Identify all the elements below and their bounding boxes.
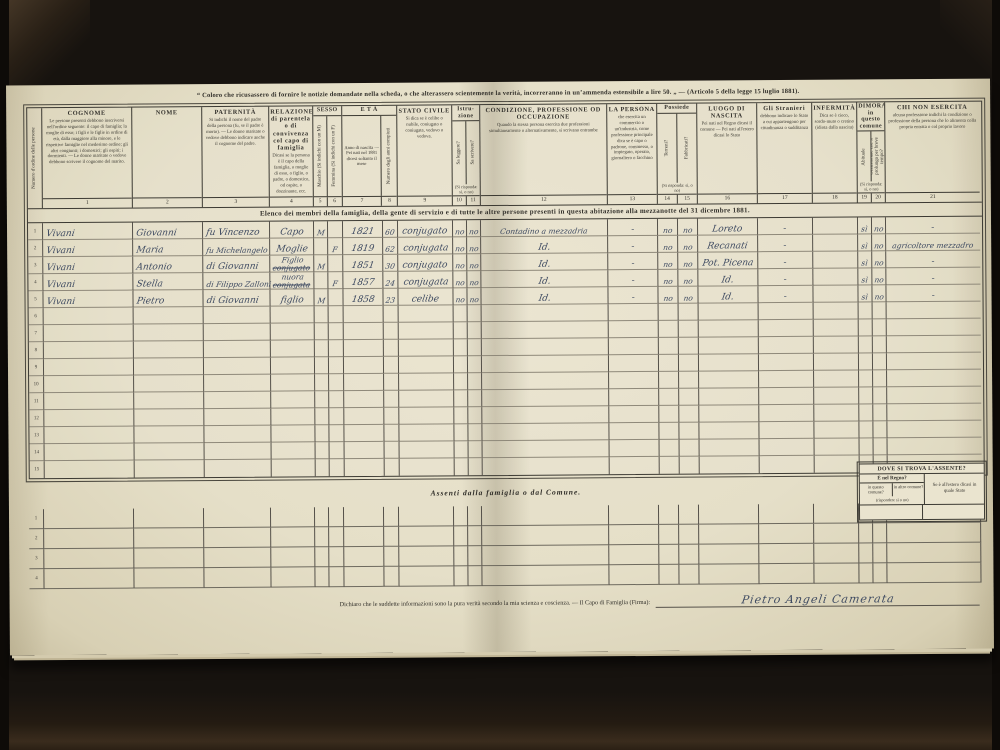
cell bbox=[271, 408, 315, 425]
column-header: PossiedeTerreni?Fabbricati?(Si risponda:… bbox=[657, 104, 698, 204]
cell bbox=[468, 526, 482, 546]
row-number: 6 bbox=[29, 308, 44, 325]
cell bbox=[699, 320, 759, 337]
cell bbox=[329, 547, 344, 567]
cell bbox=[134, 528, 204, 548]
cell bbox=[271, 567, 315, 587]
cell bbox=[609, 389, 659, 406]
column-header: DIMORA in questo comuneAbitualeOccasiona… bbox=[857, 102, 886, 202]
cell bbox=[759, 320, 814, 337]
column-header: Numero d'ordine delle persone bbox=[27, 108, 43, 208]
signature: Pietro Angeli Camerata bbox=[740, 593, 895, 606]
cell bbox=[468, 407, 482, 424]
cell: Stella bbox=[133, 273, 203, 290]
cell bbox=[482, 525, 609, 546]
cell bbox=[315, 391, 329, 408]
cell bbox=[759, 371, 814, 388]
cell: conjugata bbox=[398, 271, 453, 288]
cell bbox=[759, 564, 814, 584]
cell bbox=[679, 505, 699, 525]
cell bbox=[454, 526, 468, 546]
cell bbox=[873, 319, 887, 336]
cell bbox=[482, 389, 609, 407]
cell: no bbox=[872, 217, 886, 234]
cell: di Filippo Zalloni bbox=[203, 273, 270, 290]
cell bbox=[454, 339, 468, 356]
cell bbox=[659, 321, 679, 338]
cell bbox=[659, 525, 679, 545]
cell: no bbox=[678, 270, 698, 287]
column-header: COGNOMELe persone presenti debbono inscr… bbox=[42, 108, 133, 209]
cell bbox=[859, 404, 873, 421]
cell bbox=[859, 543, 873, 563]
cell: 1821 bbox=[343, 221, 383, 238]
cell bbox=[399, 424, 454, 441]
cell: no bbox=[678, 236, 698, 253]
cell: no bbox=[658, 236, 678, 253]
cell: no bbox=[453, 237, 467, 254]
cell bbox=[815, 455, 860, 472]
cell bbox=[344, 567, 384, 587]
cell bbox=[328, 221, 343, 238]
cell bbox=[873, 387, 887, 404]
cell bbox=[482, 565, 609, 586]
cell: - bbox=[608, 253, 658, 270]
cell: sì bbox=[858, 268, 872, 285]
cell bbox=[344, 408, 384, 425]
cell: Contadino a mezzadria bbox=[481, 219, 608, 237]
column-header: E T ÀAnno di nascita — Pei nati nel 1881… bbox=[342, 106, 398, 206]
cell: 1858 bbox=[343, 289, 383, 306]
cell bbox=[399, 407, 454, 424]
cell bbox=[399, 390, 454, 407]
cell bbox=[205, 460, 272, 477]
cell bbox=[344, 547, 384, 567]
row-number: 3 bbox=[28, 257, 43, 274]
cell bbox=[400, 441, 455, 458]
cell bbox=[699, 524, 759, 544]
row-number: 5 bbox=[28, 291, 43, 308]
cell bbox=[760, 439, 815, 456]
cell: Loreto bbox=[698, 218, 758, 235]
cell bbox=[315, 408, 329, 425]
cell bbox=[609, 338, 659, 355]
absent-box-other-commune: in altro comune? bbox=[893, 483, 925, 496]
cell bbox=[399, 305, 454, 322]
cell: no bbox=[453, 254, 467, 271]
cell bbox=[45, 444, 135, 462]
cell bbox=[609, 525, 659, 545]
cell bbox=[699, 544, 759, 564]
row-number: 15 bbox=[30, 461, 45, 478]
cell bbox=[700, 439, 760, 456]
cell bbox=[399, 506, 454, 526]
cell bbox=[454, 390, 468, 407]
cell: no bbox=[658, 270, 678, 287]
cell bbox=[399, 373, 454, 390]
row-number: 1 bbox=[28, 223, 43, 240]
cell bbox=[609, 304, 659, 321]
cell bbox=[659, 565, 679, 585]
cell bbox=[759, 524, 814, 544]
cell bbox=[135, 460, 205, 477]
cell bbox=[271, 306, 315, 323]
cell bbox=[399, 566, 454, 586]
cell: Pot. Picena bbox=[698, 252, 758, 269]
row-number: 14 bbox=[30, 444, 45, 461]
cell: Moglie bbox=[270, 238, 314, 255]
cell bbox=[814, 319, 859, 336]
cell bbox=[468, 322, 482, 339]
cell: - bbox=[886, 251, 980, 269]
cell bbox=[384, 547, 399, 567]
cell bbox=[609, 355, 659, 372]
cell: - bbox=[608, 270, 658, 287]
cell bbox=[609, 372, 659, 389]
cell bbox=[814, 563, 859, 583]
cell bbox=[610, 457, 660, 474]
absent-box-regno: È nel Regno? bbox=[860, 474, 925, 483]
cell bbox=[609, 545, 659, 565]
cell bbox=[345, 442, 385, 459]
cell bbox=[659, 338, 679, 355]
cell bbox=[329, 340, 344, 357]
column-header: STATO CIVILESi dica se è celibe o nubile… bbox=[397, 105, 453, 205]
cell bbox=[44, 529, 134, 550]
absent-table: 1234 bbox=[29, 503, 984, 590]
cell bbox=[384, 408, 399, 425]
cell bbox=[204, 409, 271, 426]
cell bbox=[760, 456, 815, 473]
cell bbox=[860, 438, 874, 455]
cell bbox=[482, 423, 609, 441]
cell bbox=[679, 565, 699, 585]
cell bbox=[344, 357, 384, 374]
cell bbox=[887, 404, 981, 422]
cell: M bbox=[314, 221, 328, 238]
cell bbox=[315, 507, 329, 527]
column-header: CONDIZIONE, PROFESSIONE OD OCCUPAZIONEQu… bbox=[480, 104, 608, 205]
cell bbox=[887, 387, 981, 405]
cell bbox=[454, 424, 468, 441]
row-number: 11 bbox=[29, 393, 44, 410]
cell bbox=[314, 272, 328, 289]
frame-corner bbox=[940, 0, 1000, 86]
cell bbox=[328, 255, 343, 272]
cell bbox=[609, 423, 659, 440]
cell bbox=[482, 545, 609, 566]
census-sheet: “ Coloro che ricusassero di fornire le n… bbox=[6, 79, 994, 656]
cell: Antonio bbox=[133, 256, 203, 273]
cell bbox=[873, 302, 887, 319]
cell bbox=[679, 423, 699, 440]
column-header: NOME2 bbox=[132, 107, 203, 207]
cell bbox=[873, 404, 887, 421]
cell bbox=[873, 370, 887, 387]
cell bbox=[814, 421, 859, 438]
cell: - bbox=[608, 287, 658, 304]
cell bbox=[468, 390, 482, 407]
cell bbox=[344, 425, 384, 442]
cell: Recanati bbox=[698, 235, 758, 252]
cell bbox=[759, 422, 814, 439]
cell bbox=[699, 388, 759, 405]
cell bbox=[759, 303, 814, 320]
cell bbox=[814, 523, 859, 543]
cell: no bbox=[872, 234, 886, 251]
cell bbox=[134, 324, 204, 341]
column-header: SESSOMaschio (Si indichi con un M)Femmin… bbox=[313, 106, 343, 206]
cell bbox=[814, 353, 859, 370]
cell bbox=[699, 422, 759, 439]
cell bbox=[399, 356, 454, 373]
cell: M bbox=[314, 255, 328, 272]
cell bbox=[482, 406, 609, 424]
cell bbox=[204, 341, 271, 358]
cell: Giovanni bbox=[133, 222, 203, 239]
cell: no bbox=[658, 287, 678, 304]
cell bbox=[659, 545, 679, 565]
cell bbox=[271, 357, 315, 374]
cell: no bbox=[678, 253, 698, 270]
cell: Vivani bbox=[43, 274, 133, 292]
cell bbox=[482, 338, 609, 356]
cell: Vivani bbox=[43, 240, 133, 258]
cell bbox=[399, 526, 454, 546]
cell bbox=[399, 546, 454, 566]
cell bbox=[315, 340, 329, 357]
cell: sì bbox=[858, 217, 872, 234]
cell bbox=[469, 458, 483, 475]
cell: F bbox=[328, 272, 343, 289]
absent-box-answer-row bbox=[860, 503, 984, 519]
cell bbox=[315, 425, 329, 442]
cell: - bbox=[886, 217, 980, 235]
absent-box-this-commune: in questo comune? bbox=[860, 483, 893, 496]
cell bbox=[699, 504, 759, 524]
cell: - bbox=[608, 219, 658, 236]
cell bbox=[454, 566, 468, 586]
cell bbox=[887, 370, 981, 388]
cell bbox=[813, 285, 858, 302]
row-number: 13 bbox=[29, 427, 44, 444]
cell bbox=[44, 410, 134, 428]
absent-section-title: Assenti dalla famiglia o dal Comune. bbox=[29, 485, 983, 501]
cell bbox=[44, 549, 134, 570]
cell bbox=[887, 543, 981, 564]
cell bbox=[814, 503, 859, 523]
cell bbox=[887, 563, 981, 584]
cell bbox=[759, 337, 814, 354]
cell bbox=[400, 458, 455, 475]
cell bbox=[813, 251, 858, 268]
row-number: 7 bbox=[29, 325, 44, 342]
cell bbox=[660, 457, 680, 474]
cell bbox=[204, 568, 271, 588]
column-header: Istru- zioneSa leggere?Sa scrivere?(Si r… bbox=[452, 105, 481, 205]
census-table: Numero d'ordine delle personeCOGNOMELe p… bbox=[26, 101, 985, 480]
cell bbox=[609, 321, 659, 338]
declaration-line: Dichiaro che le suddette informazioni so… bbox=[340, 593, 980, 610]
table-surface bbox=[0, 692, 1000, 750]
cell: Vivani bbox=[43, 257, 133, 275]
cell bbox=[659, 406, 679, 423]
cell bbox=[679, 304, 699, 321]
cell bbox=[329, 357, 344, 374]
cell: - bbox=[758, 235, 813, 252]
cell bbox=[272, 442, 316, 459]
cell bbox=[44, 376, 134, 394]
cell: no bbox=[872, 268, 886, 285]
cell bbox=[679, 389, 699, 406]
cell bbox=[384, 306, 399, 323]
cell bbox=[482, 304, 609, 322]
cell bbox=[329, 527, 344, 547]
cell bbox=[680, 457, 700, 474]
cell bbox=[859, 302, 873, 319]
cell: 30 bbox=[383, 255, 398, 272]
row-number: 1 bbox=[29, 509, 44, 529]
cell bbox=[468, 339, 482, 356]
cell: 60 bbox=[383, 221, 398, 238]
cell: Figlioconjugato bbox=[270, 255, 314, 272]
cell bbox=[859, 336, 873, 353]
cell: conjugato bbox=[398, 254, 453, 271]
cell bbox=[659, 423, 679, 440]
cell bbox=[384, 527, 399, 547]
cell bbox=[204, 508, 271, 528]
cell bbox=[271, 340, 315, 357]
table-body: 1VivaniGiovannifu VincenzoCapoM182160con… bbox=[28, 217, 984, 479]
cell bbox=[134, 548, 204, 568]
cell bbox=[344, 306, 384, 323]
cell bbox=[344, 340, 384, 357]
cell bbox=[659, 505, 679, 525]
cell bbox=[315, 357, 329, 374]
cell: Vivani bbox=[43, 291, 133, 309]
cell bbox=[887, 421, 981, 439]
cell bbox=[814, 543, 859, 563]
cell: no bbox=[872, 251, 886, 268]
cell bbox=[134, 392, 204, 409]
cell bbox=[315, 547, 329, 567]
cell bbox=[44, 308, 134, 326]
cell bbox=[329, 323, 344, 340]
cell bbox=[699, 337, 759, 354]
cell: di Giovanni bbox=[203, 256, 270, 273]
cell bbox=[699, 303, 759, 320]
cell: no bbox=[658, 219, 678, 236]
cell bbox=[384, 425, 399, 442]
cell bbox=[859, 563, 873, 583]
cell bbox=[330, 459, 345, 476]
cell bbox=[384, 567, 399, 587]
cell bbox=[813, 234, 858, 251]
column-header: RELAZIONE di parentela o di convivenza c… bbox=[269, 106, 314, 206]
cell bbox=[859, 421, 873, 438]
cell bbox=[813, 217, 858, 234]
cell bbox=[814, 336, 859, 353]
cell bbox=[659, 372, 679, 389]
cell: 24 bbox=[383, 272, 398, 289]
cell bbox=[468, 424, 482, 441]
cell bbox=[679, 406, 699, 423]
cell: no bbox=[467, 254, 481, 271]
cell bbox=[759, 388, 814, 405]
cell bbox=[679, 372, 699, 389]
cell bbox=[699, 564, 759, 584]
cell bbox=[344, 507, 384, 527]
cell bbox=[204, 375, 271, 392]
cell: no bbox=[467, 271, 481, 288]
cell bbox=[888, 438, 982, 456]
cell bbox=[679, 355, 699, 372]
cell bbox=[468, 506, 482, 526]
cell bbox=[329, 306, 344, 323]
cell: no bbox=[678, 219, 698, 236]
cell: sì bbox=[858, 234, 872, 251]
cell bbox=[384, 391, 399, 408]
cell bbox=[679, 321, 699, 338]
cell bbox=[134, 358, 204, 375]
cell bbox=[384, 323, 399, 340]
column-header: LA PERSONAche esercita un commercio o un… bbox=[607, 104, 658, 204]
cell: M bbox=[314, 289, 328, 306]
cell: - bbox=[758, 286, 813, 303]
cell bbox=[887, 336, 981, 354]
cell bbox=[482, 355, 609, 373]
cell bbox=[315, 323, 329, 340]
cell bbox=[814, 302, 859, 319]
cell bbox=[314, 238, 328, 255]
cell bbox=[873, 421, 887, 438]
column-header: CHI NON ESERCITAalcuna professione indic… bbox=[885, 102, 980, 203]
cell bbox=[659, 389, 679, 406]
cell: no bbox=[453, 271, 467, 288]
cell bbox=[679, 545, 699, 565]
cell bbox=[468, 546, 482, 566]
row-number: 2 bbox=[28, 240, 43, 257]
cell bbox=[873, 336, 887, 353]
cell bbox=[134, 508, 204, 528]
cell bbox=[679, 338, 699, 355]
row-number: 2 bbox=[29, 529, 44, 549]
cell: 1819 bbox=[343, 238, 383, 255]
cell bbox=[272, 459, 316, 476]
absent-location-box: DOVE SI TROVA L'ASSENTE? È nel Regno? in… bbox=[859, 463, 985, 520]
cell bbox=[271, 391, 315, 408]
cell: Id. bbox=[698, 269, 758, 286]
cell bbox=[609, 505, 659, 525]
photo-background: “ Coloro che ricusassero di fornire le n… bbox=[0, 0, 1000, 750]
cell bbox=[344, 391, 384, 408]
cell: conjugato bbox=[398, 220, 453, 237]
cell: no bbox=[658, 253, 678, 270]
cell bbox=[659, 304, 679, 321]
cell: no bbox=[872, 285, 886, 302]
cell: di Giovanni bbox=[203, 290, 270, 307]
cell bbox=[271, 527, 315, 547]
cell bbox=[315, 567, 329, 587]
column-header: LUOGO DI NASCITAPei nati nel Regno dicas… bbox=[697, 103, 758, 203]
cell bbox=[468, 566, 482, 586]
cell bbox=[271, 323, 315, 340]
cell bbox=[759, 504, 814, 524]
cell bbox=[204, 324, 271, 341]
cell bbox=[134, 568, 204, 588]
cell bbox=[134, 341, 204, 358]
cell: fu Michelangelo bbox=[203, 239, 270, 256]
